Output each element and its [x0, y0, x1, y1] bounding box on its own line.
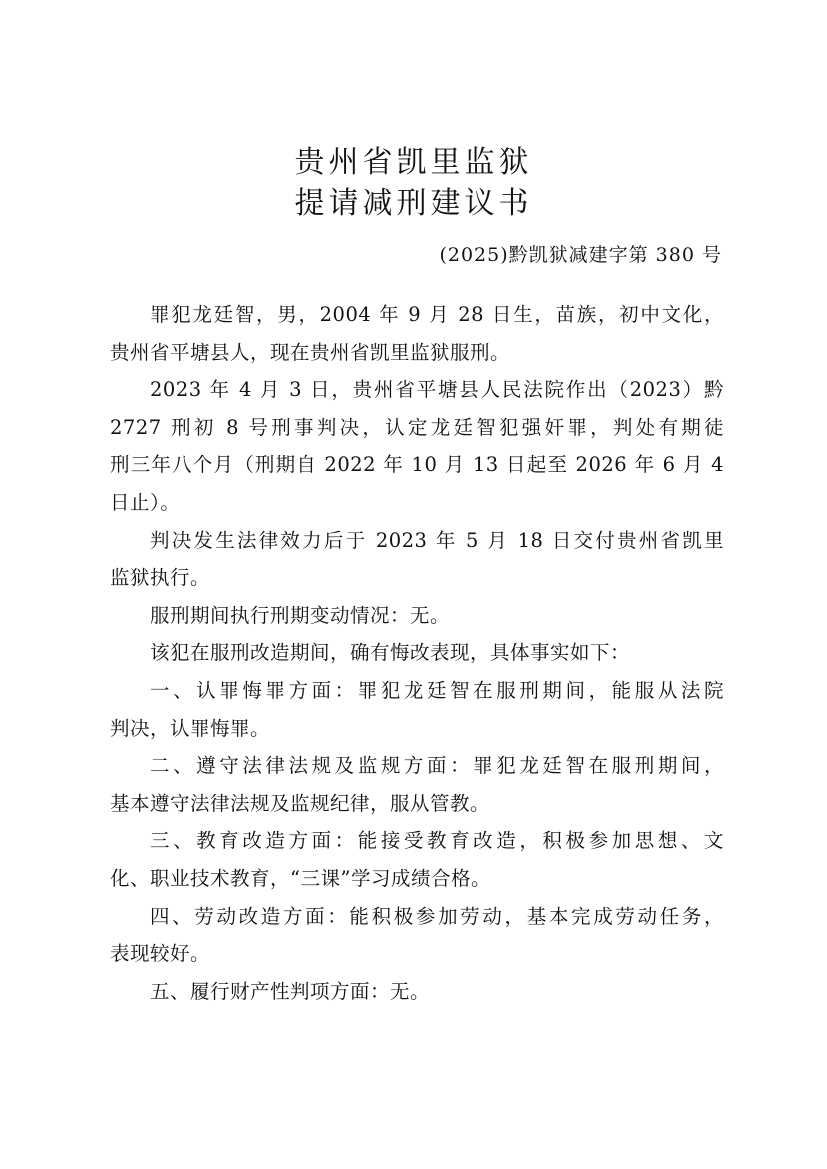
body-text-line: 表现较好。 — [110, 935, 724, 973]
body-text-line: 刑三年八个月（刑期自 2022 年 10 月 13 日起至 2026 年 6 月… — [110, 446, 724, 484]
body-text-line: 化、职业技术教育，“三课”学习成绩合格。 — [110, 860, 724, 898]
body-text-line: 二、遵守法律法规及监规方面：罪犯龙廷智在服刑期间， — [110, 747, 724, 785]
body-text-line: 2727 刑初 8 号刑事判决，认定龙廷智犯强奸罪，判处有期徒 — [110, 409, 724, 447]
body-text-line: 判决，认罪悔罪。 — [110, 710, 724, 748]
body-text-line: 一、认罪悔罪方面：罪犯龙廷智在服刑期间，能服从法院 — [110, 672, 724, 710]
body-text-line: 2023 年 4 月 3 日，贵州省平塘县人民法院作出（2023）黔 — [110, 371, 724, 409]
body-text-line: 贵州省平塘县人，现在贵州省凯里监狱服刑。 — [110, 334, 724, 372]
body-text-line: 三、教育改造方面：能接受教育改造，积极参加思想、文 — [110, 822, 724, 860]
body-text-line: 判决发生法律效力后于 2023 年 5 月 18 日交付贵州省凯里 — [110, 522, 724, 560]
document-title-organization: 贵州省凯里监狱 — [0, 145, 827, 181]
body-text-line: 四、劳动改造方面：能积极参加劳动，基本完成劳动任务， — [110, 898, 724, 936]
document-body: 罪犯龙廷智，男，2004 年 9 月 28 日生，苗族，初中文化，贵州省平塘县人… — [110, 296, 724, 1010]
body-text-line: 日止）。 — [110, 484, 724, 522]
body-text-line: 该犯在服刑改造期间，确有悔改表现，具体事实如下： — [110, 634, 724, 672]
body-text-line: 服刑期间执行刑期变动情况：无。 — [110, 597, 724, 635]
body-text-line: 罪犯龙廷智，男，2004 年 9 月 28 日生，苗族，初中文化， — [110, 296, 724, 334]
body-text-line: 监狱执行。 — [110, 559, 724, 597]
body-text-line: 五、履行财产性判项方面：无。 — [110, 973, 724, 1011]
document-title-type: 提请减刑建议书 — [0, 186, 827, 222]
document-number: (2025)黔凯狱减建字第 380 号 — [439, 240, 722, 267]
body-text-line: 基本遵守法律法规及监规纪律，服从管教。 — [110, 785, 724, 823]
